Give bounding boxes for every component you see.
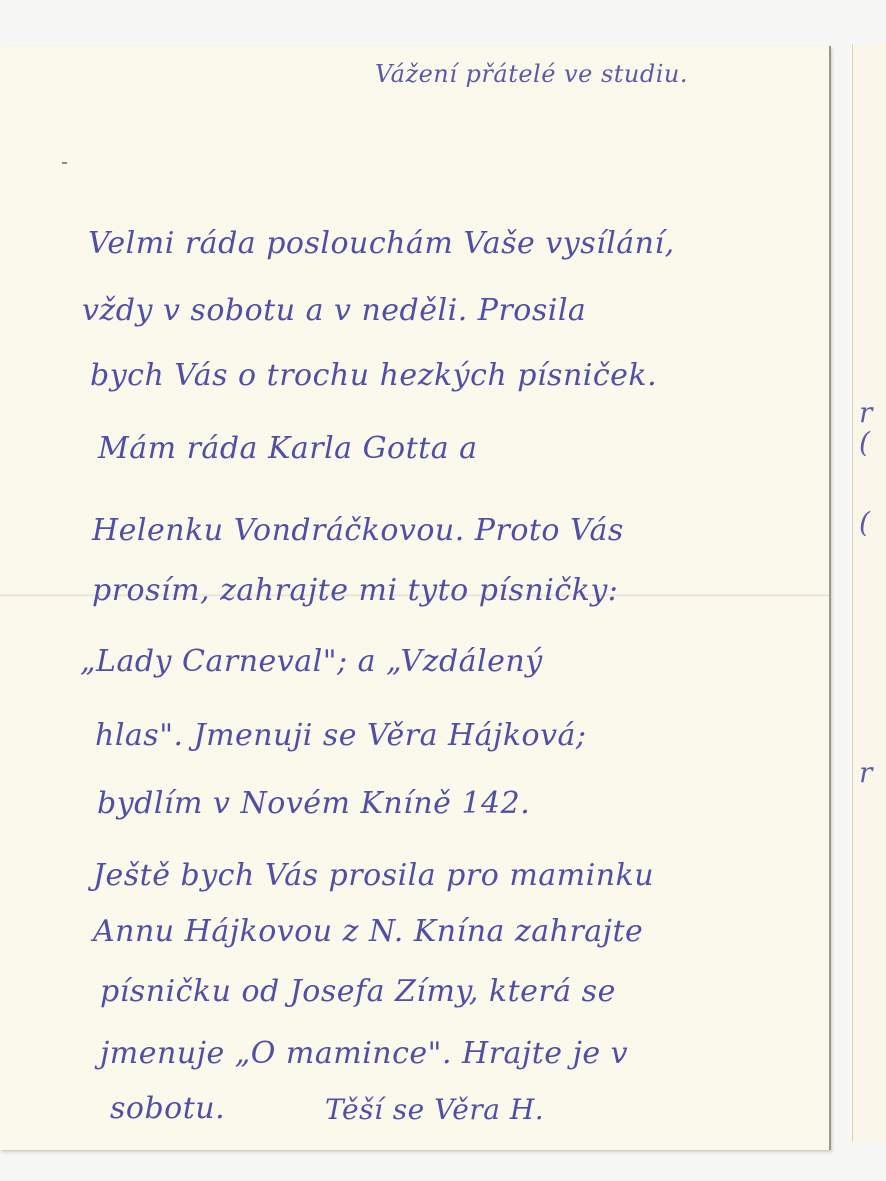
- letter-line-7: „Lady Carneval"; a „Vzdálený: [80, 644, 543, 679]
- letter-line-6: prosím, zahrajte mi tyto písničky:: [92, 573, 618, 608]
- letter-line-5: Helenku Vondráčkovou. Proto Vás: [92, 513, 624, 548]
- letter-line-2: vždy v sobotu a v neděli. Prosila: [82, 293, 586, 328]
- second-page-mark: (: [859, 509, 870, 537]
- second-page-mark: (: [859, 429, 870, 457]
- second-page-edge: r ( ( r: [852, 44, 886, 1142]
- letter-page: Vážení přátelé ve studiu. Velmi ráda pos…: [0, 46, 831, 1150]
- letter-line-10: Ještě bych Vás prosila pro maminku: [93, 858, 654, 893]
- letter-signoff: Těší se Věra H.: [325, 1093, 544, 1126]
- letter-line-11: Annu Hájkovou z N. Knína zahrajte: [93, 914, 643, 949]
- letter-line-9: bydlím v Novém Kníně 142.: [97, 786, 530, 821]
- letter-line-3: bych Vás o trochu hezkých písniček.: [90, 358, 657, 393]
- second-page-mark: r: [859, 399, 872, 427]
- letter-line-12: písničku od Josefa Zímy, která se: [100, 974, 616, 1009]
- paper-speck: [62, 162, 67, 164]
- letter-line-8: hlas". Jmenuji se Věra Hájková;: [95, 718, 587, 753]
- letter-line-13: jmenuje „O mamince". Hrajte je v: [100, 1036, 628, 1071]
- letter-line-1: Velmi ráda poslouchám Vaše vysílání,: [88, 226, 675, 261]
- second-page-mark: r: [859, 759, 872, 787]
- letter-greeting: Vážení přátelé ve studiu.: [375, 60, 688, 88]
- letter-line-14: sobotu.: [110, 1091, 225, 1126]
- letter-line-4: Mám ráda Karla Gotta a: [98, 431, 478, 466]
